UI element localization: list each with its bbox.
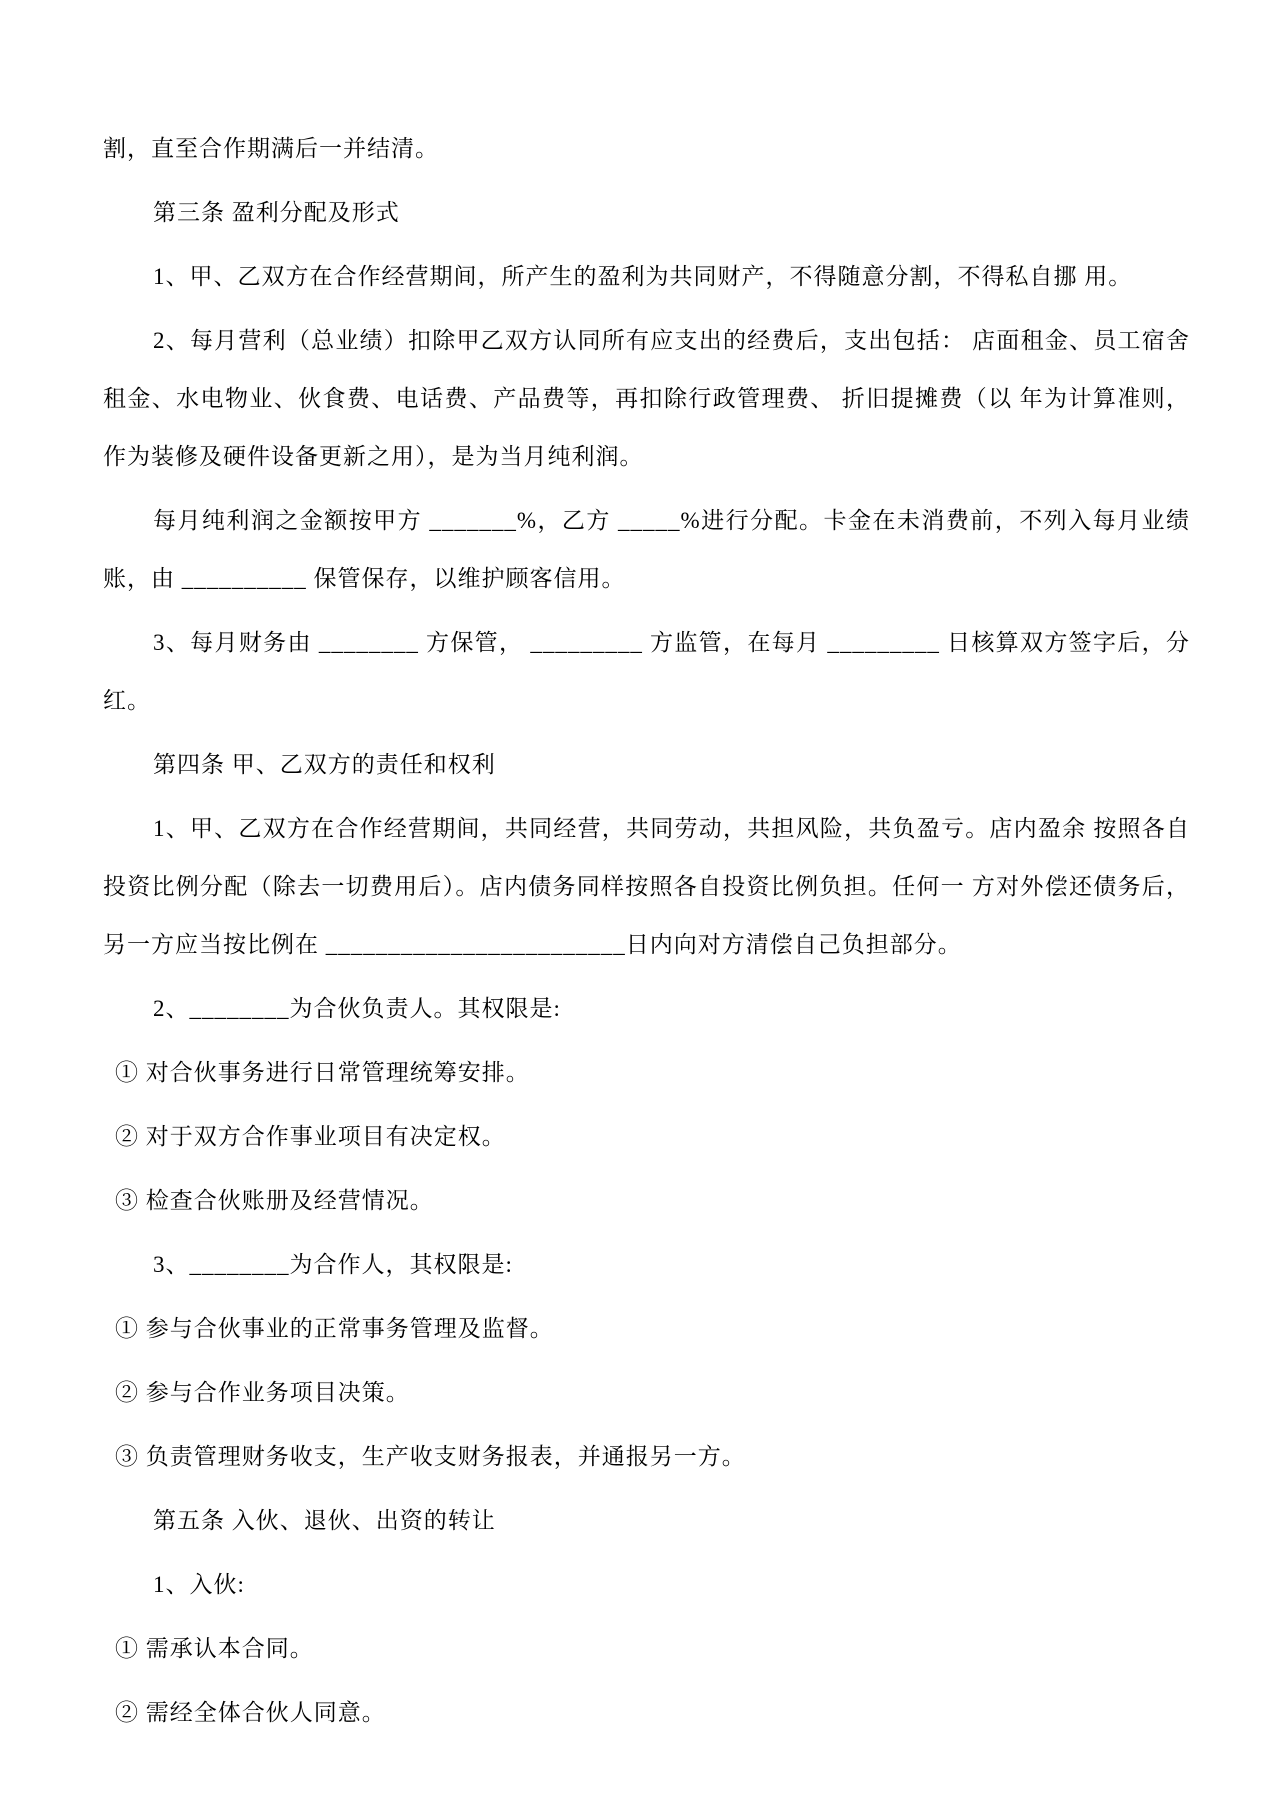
paragraph: ② 需经全体合伙人同意。 [103, 1684, 1190, 1742]
paragraph: 2、________为合伙负责人。其权限是: [103, 980, 1190, 1038]
paragraph: 3、________为合作人，其权限是: [103, 1236, 1190, 1294]
paragraph: 1、甲、乙双方在合作经营期间，共同经营，共同劳动，共担风险，共负盈亏。店内盈余 … [103, 800, 1190, 974]
paragraph: 1、入伙: [103, 1556, 1190, 1614]
document-content: 割，直至合作期满后一并结清。第三条 盈利分配及形式1、甲、乙双方在合作经营期间，… [103, 120, 1190, 1742]
paragraph: 2、每月营利（总业绩）扣除甲乙双方认同所有应支出的经费后，支出包括： 店面租金、… [103, 312, 1190, 486]
paragraph: 割，直至合作期满后一并结清。 [103, 120, 1190, 178]
paragraph: 1、甲、乙双方在合作经营期间，所产生的盈利为共同财产，不得随意分割，不得私自挪 … [103, 248, 1190, 306]
paragraph: ① 对合伙事务进行日常管理统筹安排。 [103, 1044, 1190, 1102]
paragraph: 第五条 入伙、退伙、出资的转让 [103, 1492, 1190, 1550]
paragraph: ③ 负责管理财务收支，生产收支财务报表，并通报另一方。 [103, 1428, 1190, 1486]
paragraph: ② 参与合作业务项目决策。 [103, 1364, 1190, 1422]
paragraph: 第四条 甲、乙双方的责任和权利 [103, 736, 1190, 794]
paragraph: ① 需承认本合同。 [103, 1620, 1190, 1678]
paragraph: 第三条 盈利分配及形式 [103, 184, 1190, 242]
paragraph: 每月纯利润之金额按甲方 _______%，乙方 _____%进行分配。卡金在未消… [103, 492, 1190, 608]
paragraph: ① 参与合伙事业的正常事务管理及监督。 [103, 1300, 1190, 1358]
document-page: 割，直至合作期满后一并结清。第三条 盈利分配及形式1、甲、乙双方在合作经营期间，… [0, 0, 1274, 1804]
paragraph: 3、每月财务由 ________ 方保管， _________ 方监管，在每月 … [103, 614, 1190, 730]
paragraph: ③ 检查合伙账册及经营情况。 [103, 1172, 1190, 1230]
paragraph: ② 对于双方合作事业项目有决定权。 [103, 1108, 1190, 1166]
